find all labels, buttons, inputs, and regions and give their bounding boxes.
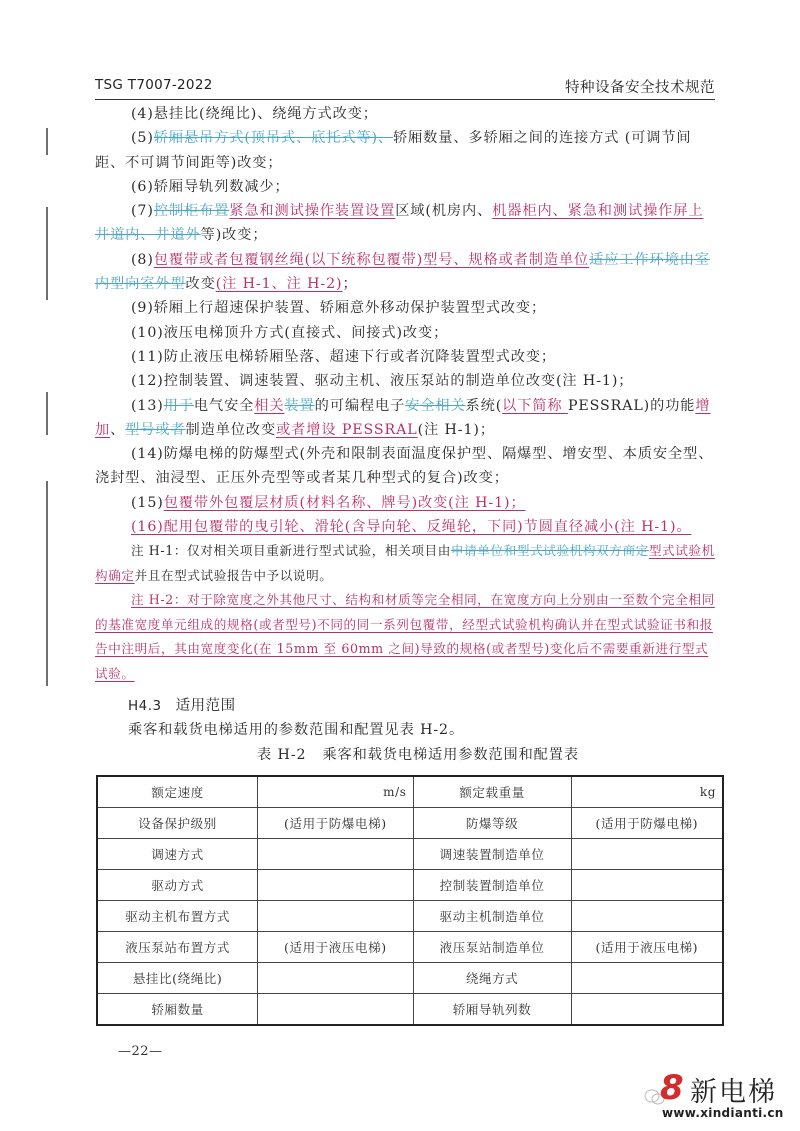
- inserted-text: 紧急和测试操作装置设置: [229, 203, 395, 219]
- table-cell-label: 轿厢数量: [97, 994, 258, 1026]
- change-bar: [46, 481, 48, 686]
- table-row: 轿厢数量 轿厢导轨列数: [97, 994, 723, 1026]
- item-5: (5)轿厢悬吊方式(顶吊式、底托式等)、轿厢数量、多轿厢之间的连接方式 (可调节…: [95, 126, 715, 175]
- table-row: 液压泵站布置方式 (适用于液压电梯) 液压泵站制造单位 (适用于液压电梯): [97, 932, 723, 963]
- item-9: (9)轿厢上行超速保护装置、轿厢意外移动保护装置型式改变；: [95, 296, 715, 320]
- deleted-text: 轿厢悬吊方式(顶吊式、底托式等)、: [154, 130, 393, 146]
- table-cell-label: 绕绳方式: [413, 963, 571, 994]
- table-cell-label: 调速方式: [97, 839, 258, 870]
- item-16: (16)配用包覆带的曳引轮、滑轮(含导向轮、反绳轮，下同)节圆直径减小(注 H-…: [95, 515, 715, 539]
- table-cell-value: [571, 963, 723, 994]
- inserted-text: (16)配用包覆带的曳引轮、滑轮(含导向轮、反绳轮，下同)节圆直径减小(注 H-…: [131, 519, 691, 535]
- parameter-table: 额定速度 m/s 额定载重量 kg 设备保护级别 (适用于防爆电梯) 防爆等级 …: [96, 775, 724, 1026]
- watermark: 8 新电梯 www.xindianti.cn: [648, 1068, 798, 1128]
- table-number: 表 H-2: [257, 747, 306, 763]
- table-cell-value: m/s: [258, 776, 413, 808]
- item-12: (12)控制装置、调速装置、驱动主机、液压泵站的制造单位改变(注 H-1)；: [95, 369, 715, 393]
- item-13: (13)用于电气安全相关装置的可编程电子安全相关系统(以下简称 PESSRAL)…: [95, 394, 715, 443]
- table-cell-value: [258, 839, 413, 870]
- note-h2: 注 H-2：对于除宽度之外其他尺寸、结构和材质等完全相同，在宽度方向上分别由一至…: [95, 588, 715, 686]
- note-h1: 注 H-1：仅对相关项目重新进行型式试验，相关项目由申请单位和型式试验机构双方商…: [95, 539, 715, 588]
- table-cell-value: (适用于液压电梯): [571, 932, 723, 963]
- table-cell-value: [571, 994, 723, 1026]
- inserted-text: (注 H-1、注 H-2): [216, 276, 343, 292]
- table-cell-value: (适用于防爆电梯): [571, 808, 723, 839]
- table-cell-value: [258, 963, 413, 994]
- table-cell-value: [571, 839, 723, 870]
- table-row: 调速方式 调速装置制造单位: [97, 839, 723, 870]
- inserted-text: 包覆带或者包覆钢丝绳(以下统称包覆带)型号、规格或者制造单位: [154, 252, 589, 268]
- table-cell-value: [258, 870, 413, 901]
- doc-code: TSG T7007-2022: [95, 77, 213, 93]
- deleted-text: 型号或者: [125, 422, 185, 438]
- table-row: 额定速度 m/s 额定载重量 kg: [97, 776, 723, 808]
- table-cell-value: [571, 901, 723, 932]
- table-cell-label: 驱动主机制造单位: [413, 901, 571, 932]
- deleted-text: 井道内、井道外: [95, 227, 201, 243]
- item-15: (15)包覆带外包覆层材质(材料名称、牌号)改变(注 H-1)；: [95, 491, 715, 515]
- deleted-text: 装置: [284, 398, 314, 414]
- inserted-text: 相关: [254, 398, 284, 414]
- table-cell-label: 设备保护级别: [97, 808, 258, 839]
- item-14: (14)防爆电梯的防爆型式(外壳和限制表面温度保护型、隔爆型、增安型、本质安全型…: [95, 442, 715, 491]
- table-cell-label: 驱动主机布置方式: [97, 901, 258, 932]
- inserted-text: 注 H-2：对于除宽度之外其他尺寸、结构和材质等完全相同，在宽度方向上分别由一至…: [95, 592, 715, 681]
- deleted-text: 安全相关: [405, 398, 465, 414]
- table-row: 驱动方式 控制装置制造单位: [97, 870, 723, 901]
- table-cell-value: kg: [571, 776, 723, 808]
- item-10: (10)液压电梯顶升方式(直接式、间接式)改变；: [95, 321, 715, 345]
- inserted-text: 或者增设 PESSRAL: [276, 422, 418, 438]
- item-8: (8)包覆带或者包覆钢丝绳(以下统称包覆带)型号、规格或者制造单位适应工作环境由…: [95, 248, 715, 297]
- table-cell-label: 额定载重量: [413, 776, 571, 808]
- table-title: 乘客和载货电梯适用参数范围和配置表: [322, 747, 579, 763]
- table-cell-label: 额定速度: [97, 776, 258, 808]
- table-cell-label: 轿厢导轨列数: [413, 994, 571, 1026]
- item-7: (7)控制柜布置紧急和测试操作装置设置区域(机房内、机器柜内、紧急和测试操作屏上…: [95, 199, 715, 248]
- item-6: (6)轿厢导轨列数减少；: [95, 175, 715, 199]
- change-bar: [46, 128, 48, 155]
- table-cell-label: 调速装置制造单位: [413, 839, 571, 870]
- table-row: 悬挂比(绕绳比) 绕绳方式: [97, 963, 723, 994]
- table-cell-label: 液压泵站制造单位: [413, 932, 571, 963]
- table-cell-label: 防爆等级: [413, 808, 571, 839]
- body-text: (4)悬挂比(绕绳比)、绕绳方式改变； (5)轿厢悬吊方式(顶吊式、底托式等)、…: [95, 102, 715, 686]
- doc-category: 特种设备安全技术规范: [565, 76, 715, 97]
- table-cell-value: [258, 901, 413, 932]
- table-cell-value: (适用于防爆电梯): [258, 808, 413, 839]
- page-header: TSG T7007-2022 特种设备安全技术规范: [95, 71, 715, 100]
- change-bar: [46, 207, 48, 300]
- brand-name: 新电梯: [690, 1070, 777, 1109]
- page-number: —22—: [118, 1044, 163, 1059]
- section-number: H4.3: [128, 698, 162, 714]
- deleted-text: 用于: [164, 398, 194, 414]
- brand-url: www.xindianti.cn: [662, 1106, 784, 1120]
- deleted-text: 控制柜布置: [154, 203, 229, 219]
- inserted-text: 以下简称: [502, 398, 568, 414]
- section-heading: H4.3适用范围: [128, 694, 236, 715]
- table-cell-value: (适用于液压电梯): [258, 932, 413, 963]
- deleted-text: 申请单位和型式试验机构双方商定: [451, 543, 649, 558]
- table-cell-value: [258, 994, 413, 1026]
- item-4: (4)悬挂比(绕绳比)、绕绳方式改变；: [95, 102, 715, 126]
- table-cell-label: 悬挂比(绕绳比): [97, 963, 258, 994]
- section-intro: 乘客和载货电梯适用的参数范围和配置见表 H-2。: [128, 719, 464, 739]
- inserted-text: 机器柜内、紧急和测试操作屏上: [492, 203, 703, 219]
- brand-logo-icon: 8: [660, 1068, 684, 1108]
- table-row: 设备保护级别 (适用于防爆电梯) 防爆等级 (适用于防爆电梯): [97, 808, 723, 839]
- section-title: 适用范围: [176, 698, 236, 714]
- change-bar: [46, 392, 48, 435]
- item-11: (11)防止液压电梯轿厢坠落、超速下行或者沉降装置型式改变；: [95, 345, 715, 369]
- table-cell-label: 控制装置制造单位: [413, 870, 571, 901]
- table-cell-value: [571, 870, 723, 901]
- table-cell-label: 驱动方式: [97, 870, 258, 901]
- table-row: 驱动主机布置方式 驱动主机制造单位: [97, 901, 723, 932]
- inserted-text: 包覆带外包覆层材质(材料名称、牌号)改变(注 H-1)；: [164, 495, 526, 511]
- table-cell-label: 液压泵站布置方式: [97, 932, 258, 963]
- table-caption: 表 H-2乘客和载货电梯适用参数范围和配置表: [0, 744, 800, 764]
